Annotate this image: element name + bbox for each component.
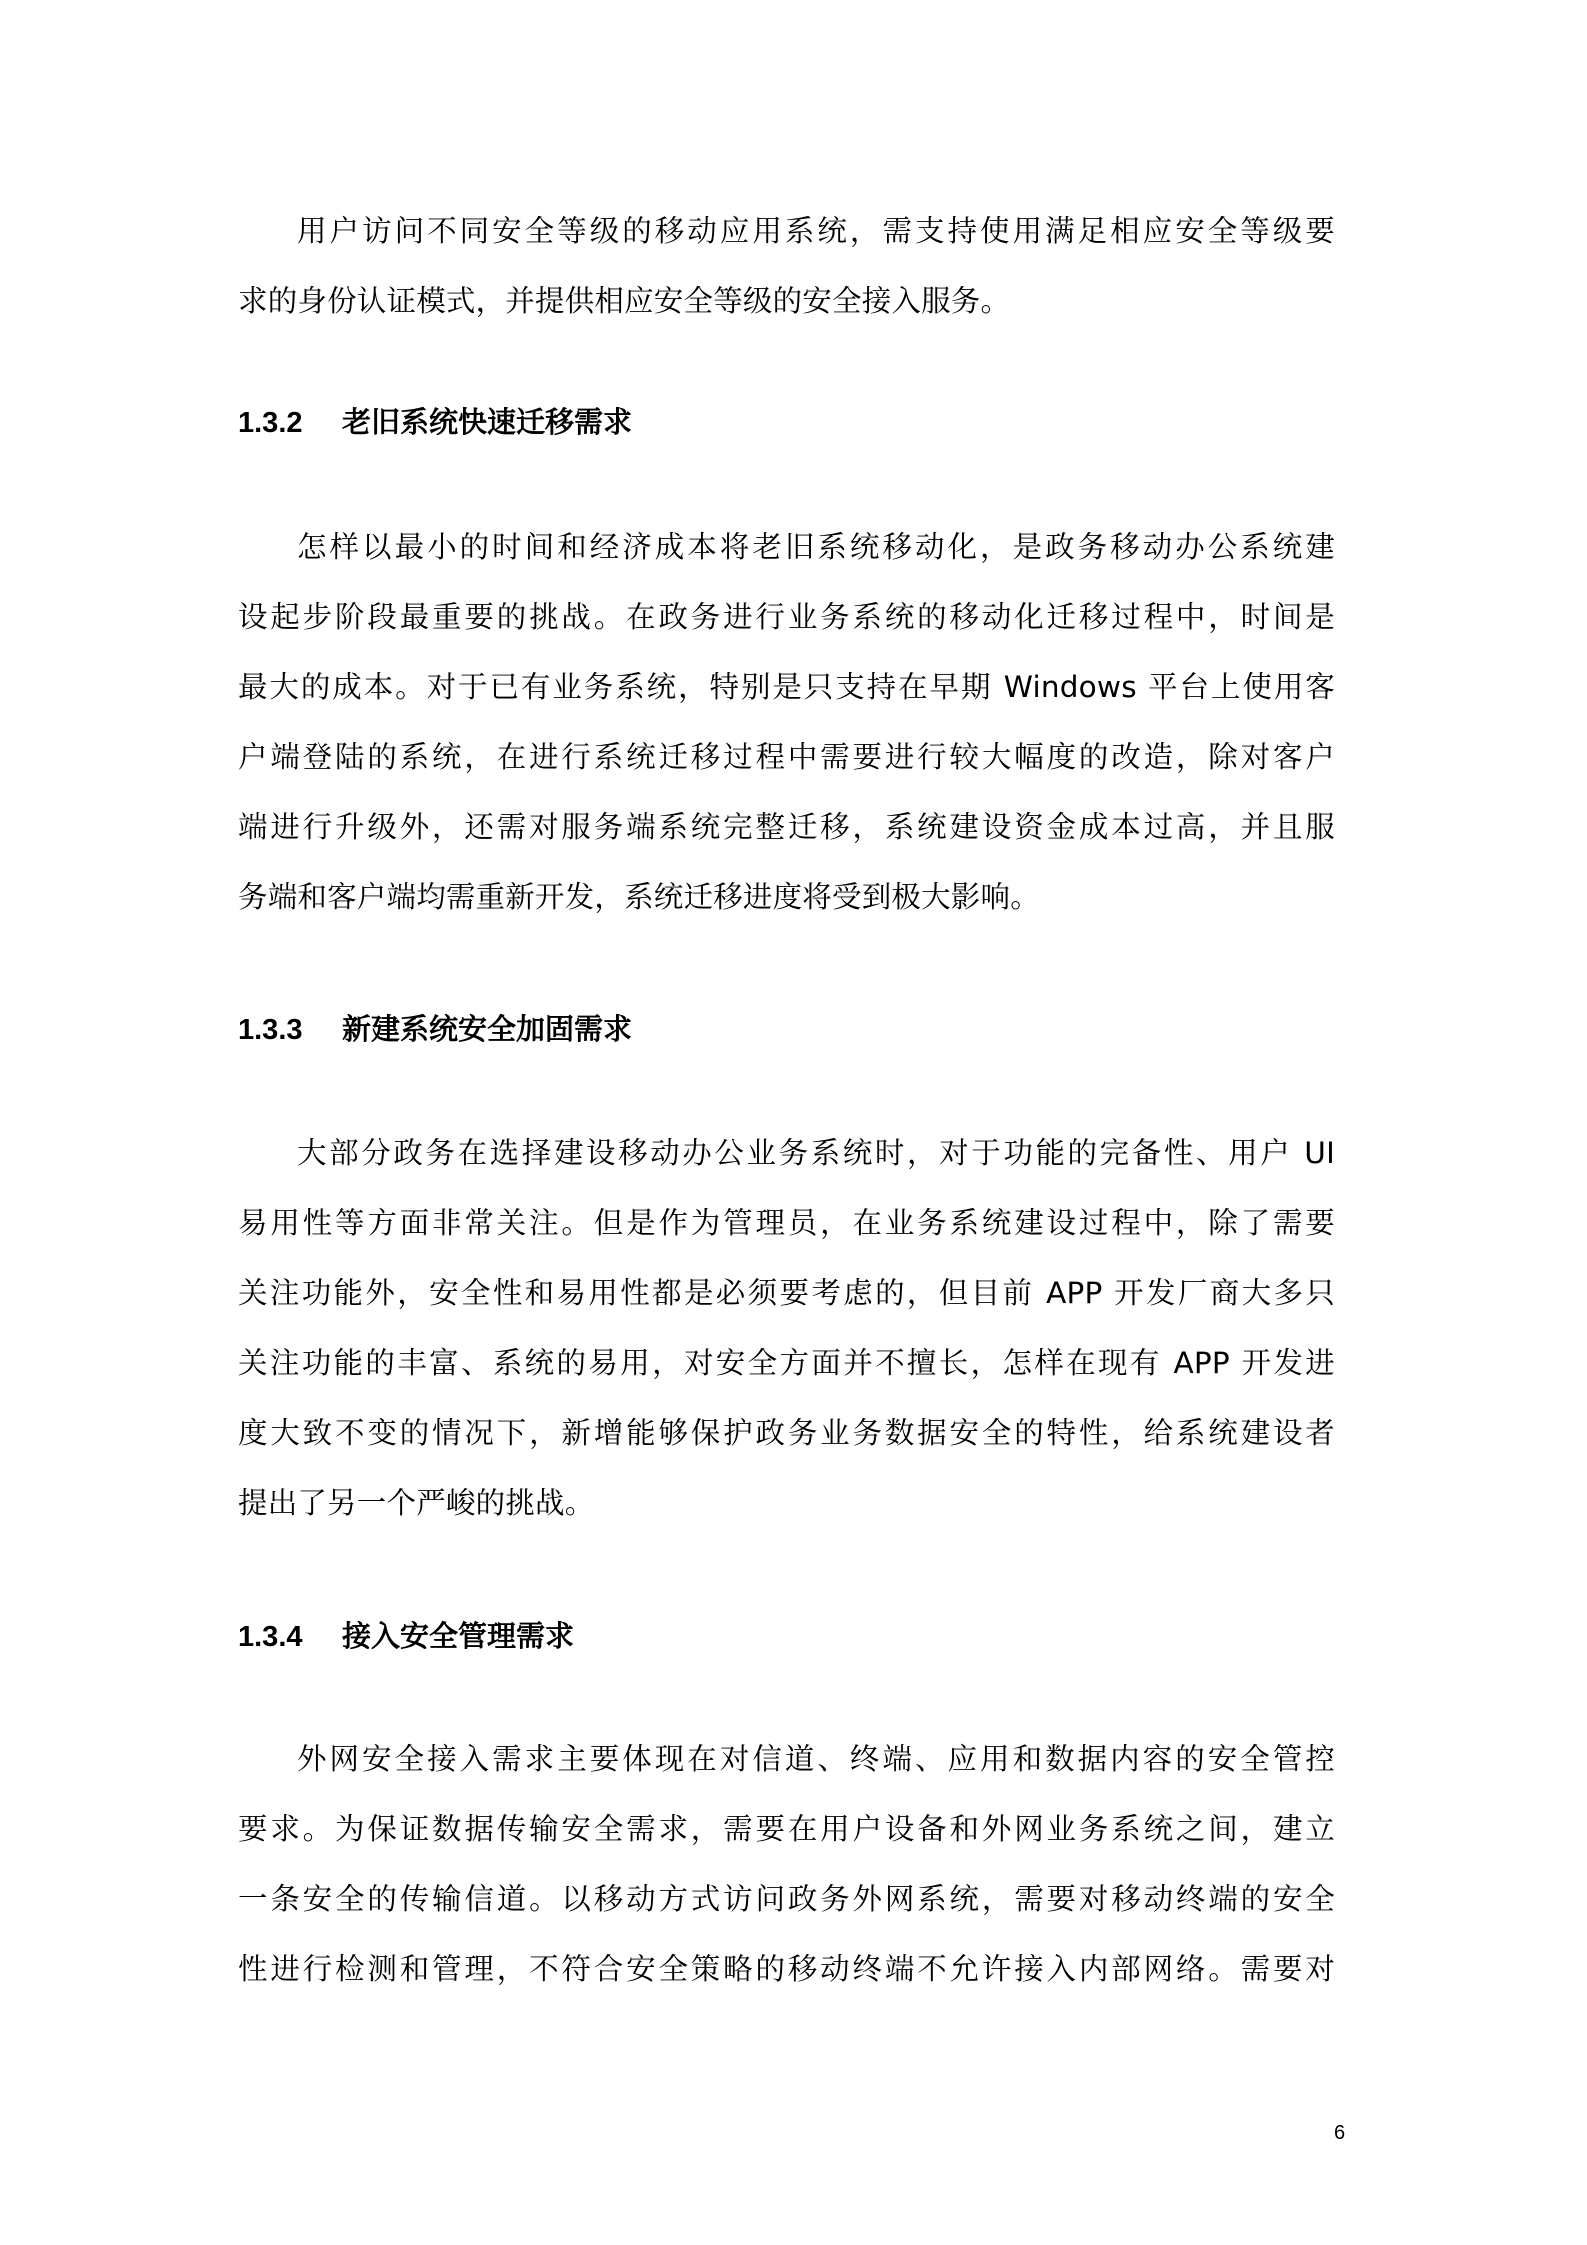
text-line: 外网安全接入需求主要体现在对信道、终端、应用和数据内容的安全管控 bbox=[238, 1724, 1335, 1794]
section-heading-1-3-4: 1.3.4接入安全管理需求 bbox=[238, 1617, 574, 1657]
text-line: 务端和客户端均需重新开发，系统迁移进度将受到极大影响。 bbox=[238, 862, 1335, 932]
text-line: 性进行检测和管理，不符合安全策略的移动终端不允许接入内部网络。需要对 bbox=[238, 1934, 1335, 2004]
text-line: 户端登陆的系统，在进行系统迁移过程中需要进行较大幅度的改造，除对客户 bbox=[238, 722, 1335, 792]
page-number: 6 bbox=[1334, 2122, 1345, 2145]
text-line: 关注功能外，安全性和易用性都是必须要考虑的，但目前 APP 开发厂商大多只 bbox=[238, 1258, 1335, 1328]
text-line: 关注功能的丰富、系统的易用，对安全方面并不擅长，怎样在现有 APP 开发进 bbox=[238, 1328, 1335, 1398]
section-title: 老旧系统快速迁移需求 bbox=[342, 407, 632, 439]
text-line: 度大致不变的情况下，新增能够保护政务业务数据安全的特性，给系统建设者 bbox=[238, 1398, 1335, 1468]
text-line: 一条安全的传输信道。以移动方式访问政务外网系统，需要对移动终端的安全 bbox=[238, 1864, 1335, 1934]
text-line: 用户访问不同安全等级的移动应用系统，需支持使用满足相应安全等级要 bbox=[238, 196, 1335, 266]
text-line: 要求。为保证数据传输安全需求，需要在用户设备和外网业务系统之间，建立 bbox=[238, 1794, 1335, 1864]
paragraph-intro: 用户访问不同安全等级的移动应用系统，需支持使用满足相应安全等级要 求的身份认证模… bbox=[238, 196, 1335, 336]
text-line: 最大的成本。对于已有业务系统，特别是只支持在早期 Windows 平台上使用客 bbox=[238, 652, 1335, 722]
text-line: 设起步阶段最重要的挑战。在政务进行业务系统的移动化迁移过程中，时间是 bbox=[238, 582, 1335, 652]
section-title: 接入安全管理需求 bbox=[342, 1621, 574, 1653]
text-line: 提出了另一个严峻的挑战。 bbox=[238, 1468, 1335, 1538]
text-line: 大部分政务在选择建设移动办公业务系统时，对于功能的完备性、用户 UI bbox=[238, 1118, 1335, 1188]
section-number: 1.3.3 bbox=[238, 1010, 342, 1050]
section-title: 新建系统安全加固需求 bbox=[342, 1014, 632, 1046]
section-heading-1-3-3: 1.3.3新建系统安全加固需求 bbox=[238, 1010, 632, 1050]
section-heading-1-3-2: 1.3.2老旧系统快速迁移需求 bbox=[238, 403, 632, 443]
text-line: 求的身份认证模式，并提供相应安全等级的安全接入服务。 bbox=[238, 266, 1335, 336]
section-number: 1.3.4 bbox=[238, 1617, 342, 1657]
paragraph-security-hardening: 大部分政务在选择建设移动办公业务系统时，对于功能的完备性、用户 UI 易用性等方… bbox=[238, 1118, 1335, 1538]
text-line: 端进行升级外，还需对服务端系统完整迁移，系统建设资金成本过高，并且服 bbox=[238, 792, 1335, 862]
text-line: 怎样以最小的时间和经济成本将老旧系统移动化，是政务移动办公系统建 bbox=[238, 512, 1335, 582]
section-number: 1.3.2 bbox=[238, 403, 342, 443]
paragraph-legacy-migration: 怎样以最小的时间和经济成本将老旧系统移动化，是政务移动办公系统建 设起步阶段最重… bbox=[238, 512, 1335, 932]
paragraph-access-management: 外网安全接入需求主要体现在对信道、终端、应用和数据内容的安全管控 要求。为保证数… bbox=[238, 1724, 1335, 2004]
text-line: 易用性等方面非常关注。但是作为管理员，在业务系统建设过程中，除了需要 bbox=[238, 1188, 1335, 1258]
